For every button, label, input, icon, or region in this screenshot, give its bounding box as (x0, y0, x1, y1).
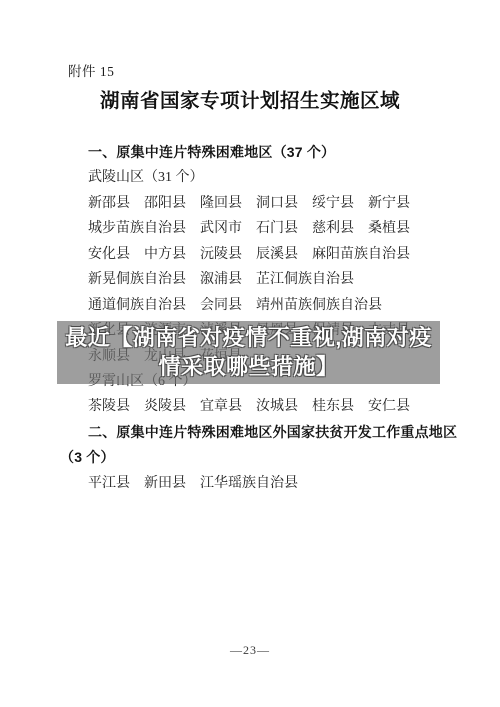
county-row: 安化县 中方县 沅陵县 辰溪县 麻阳苗族自治县 (60, 242, 442, 267)
overlay-caption-line-2: 情采取哪些措施】 (57, 353, 440, 382)
county-row: 平江县 新田县 江华瑶族自治县 (60, 471, 442, 496)
document-body: 一、原集中连片特殊困难地区（37 个） 武陵山区（31 个） 新邵县 邵阳县 隆… (60, 140, 442, 496)
county-row: 城步苗族自治县 武冈市 石门县 慈利县 桑植县 (60, 216, 442, 241)
document-title: 湖南省国家专项计划招生实施区域 (0, 85, 500, 113)
county-row: 茶陵县 炎陵县 宜章县 汝城县 桂东县 安仁县 (60, 394, 442, 419)
section-1-heading: 一、原集中连片特殊困难地区（37 个） (60, 140, 442, 165)
section-2-heading: 二、原集中连片特殊困难地区外国家扶贫开发工作重点地区 (60, 420, 442, 445)
page-number: —23— (0, 643, 500, 658)
overlay-caption-line-1: 最近【湖南省对疫情不重视,湖南对疫 (57, 324, 440, 353)
document-page: 附件 15 湖南省国家专项计划招生实施区域 一、原集中连片特殊困难地区（37 个… (0, 0, 500, 707)
section-2-count: （3 个） (60, 445, 442, 470)
county-row: 通道侗族自治县 会同县 靖州苗族侗族自治县 (60, 293, 442, 318)
region-wuling-subheading: 武陵山区（31 个） (60, 165, 442, 190)
county-row: 新邵县 邵阳县 隆回县 洞口县 绥宁县 新宁县 (60, 191, 442, 216)
overlay-caption: 最近【湖南省对疫情不重视,湖南对疫 情采取哪些措施】 (57, 321, 440, 384)
county-row: 新晃侗族自治县 溆浦县 芷江侗族自治县 (60, 267, 442, 292)
attachment-label: 附件 15 (68, 60, 114, 80)
